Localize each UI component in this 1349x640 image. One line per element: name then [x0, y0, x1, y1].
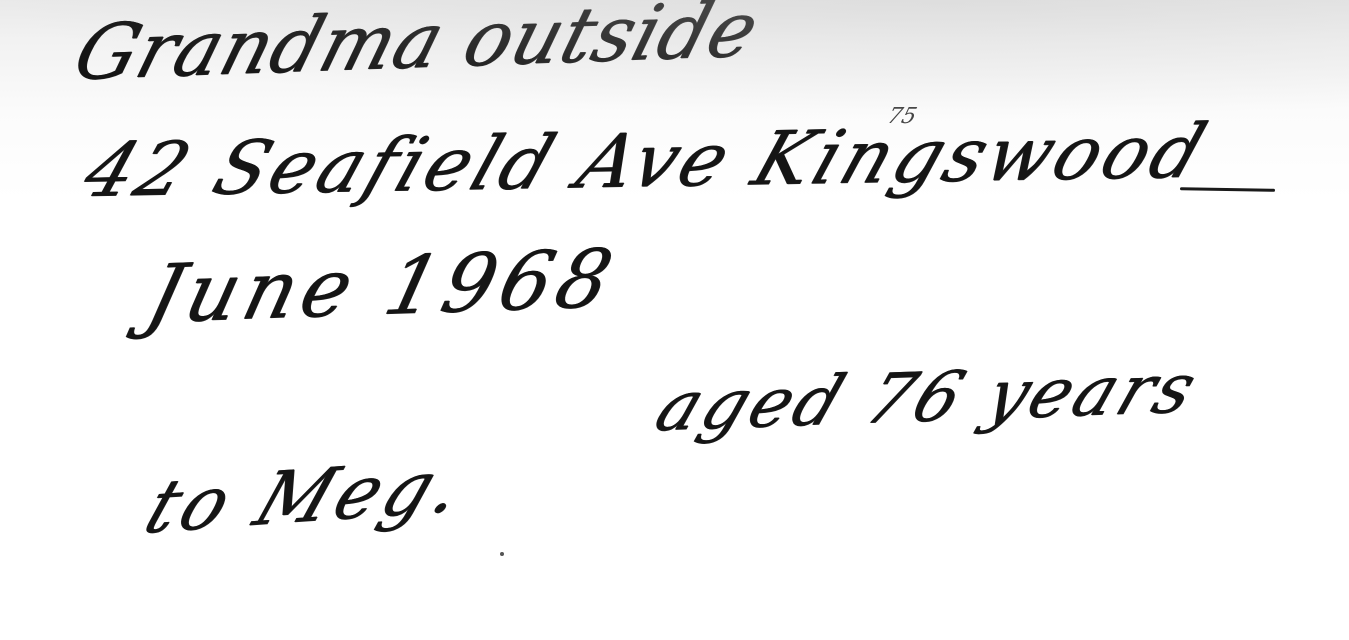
ink-flourish-stroke	[1180, 187, 1275, 192]
handwritten-line-date: June 1968	[138, 231, 627, 341]
handwritten-line-age: aged 76 years	[645, 349, 1210, 448]
ink-dot	[500, 552, 504, 556]
photo-back-paper: Grandma outside 75 42 Seafield Ave Kings…	[0, 0, 1349, 640]
handwritten-line-address: 42 Seafield Ave Kingswood	[73, 108, 1220, 214]
handwritten-line-title: Grandma outside	[65, 0, 769, 97]
handwritten-line-dedication: to Meg.	[134, 442, 480, 550]
